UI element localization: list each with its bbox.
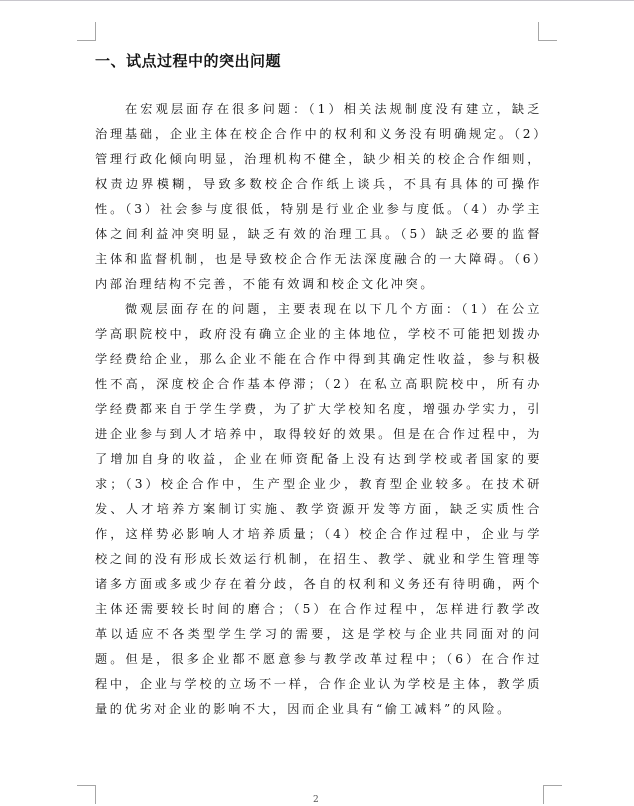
crop-mark-top-right <box>538 22 557 41</box>
section-heading: 一、试点过程中的突出问题 <box>95 50 281 71</box>
crop-mark-top-left <box>77 22 96 41</box>
page-top-edge <box>0 0 634 1</box>
crop-mark-bottom-left <box>77 785 96 804</box>
page-number: 2 <box>313 795 319 805</box>
body-text: 在宏观层面存在很多问题：（1）相关法规制度没有建立，缺乏治理基础，企业主体在校企… <box>95 97 542 722</box>
paragraph-macro-issues: 在宏观层面存在很多问题：（1）相关法规制度没有建立，缺乏治理基础，企业主体在校企… <box>95 97 542 297</box>
paragraph-micro-issues: 微观层面存在的问题，主要表现在以下几个方面：（1）在公立学高职院校中，政府没有确… <box>95 297 542 722</box>
crop-mark-bottom-right <box>543 785 562 804</box>
